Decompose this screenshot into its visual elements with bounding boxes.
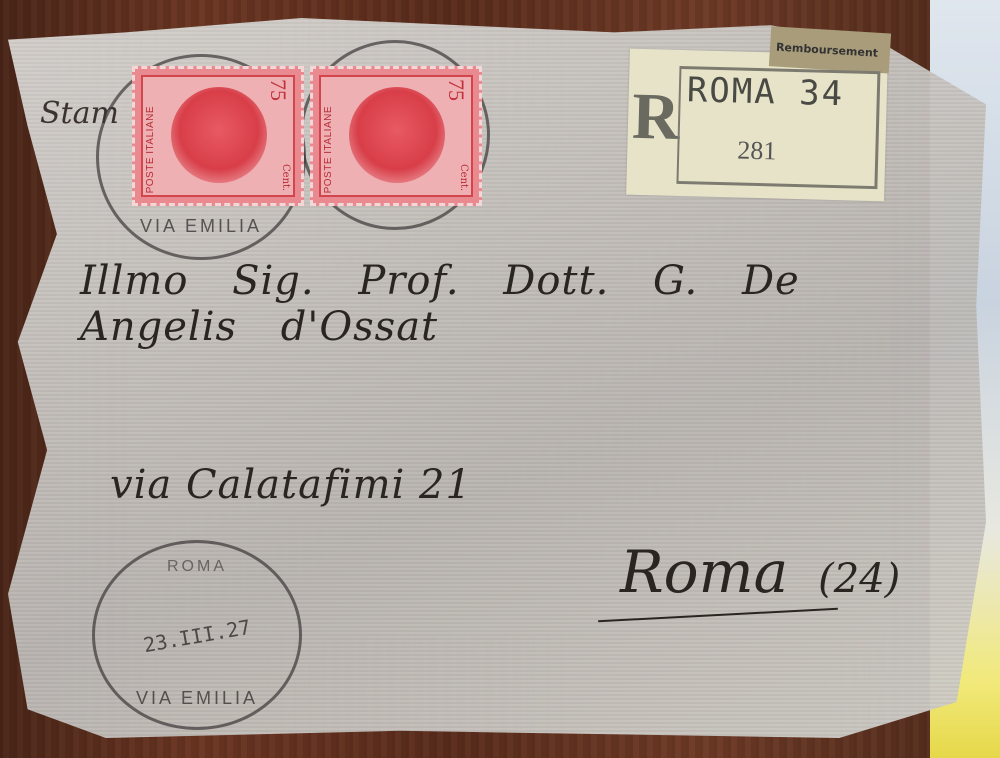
king-portrait-icon [171,87,267,183]
postmark-bottom-text: VIA EMILIA [95,688,299,709]
street-address: via Calatafimi 21 [110,462,472,508]
addressee: Illmo Sig. Prof. Dott. G. De Angelis d'O… [80,258,1000,350]
registration-number: 281 [737,135,777,166]
stamp-unit: Cent. [280,164,291,191]
postmark-top-text: ROMA [95,558,299,576]
stamp-country: POSTE ITALIANE [145,106,156,193]
postmark-date: 23.III.27 [94,606,299,665]
king-portrait-icon [349,87,445,183]
postage-stamp: POSTE ITALIANE 75 Cent. [310,66,482,206]
stamp-value: 75 [265,79,291,101]
post-office: ROMA 34 [686,70,844,114]
postage-stamp: POSTE ITALIANE 75 Cent. [132,66,304,206]
city-line: Roma(24) [620,538,900,606]
stamp-country: POSTE ITALIANE [323,106,334,193]
registered-letter-mark: R [631,79,681,156]
remboursement-tab: Remboursement [769,26,891,73]
registration-label: Remboursement R ROMA 34 281 [626,49,888,202]
city: Roma [620,538,788,606]
stamp-value: 75 [443,79,469,101]
postmark-bottom-text: VIA EMILIA [99,216,303,237]
postal-zone: (24) [818,556,900,602]
stamp-unit: Cent. [458,164,469,191]
postmark-dated: ROMA 23.III.27 VIA EMILIA [92,540,302,730]
